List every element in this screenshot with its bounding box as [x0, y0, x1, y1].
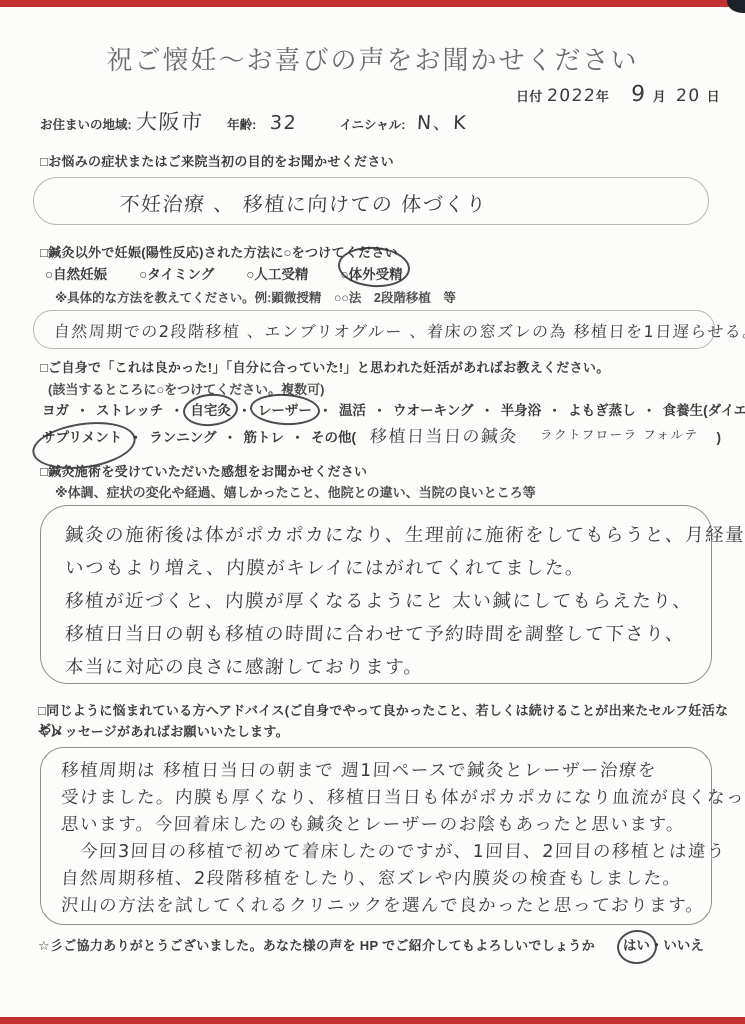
- concern-answer-box: 不妊治療 、 移植に向けての 体づくり: [33, 177, 709, 225]
- initial-label: イニシャル:: [340, 115, 406, 133]
- bottom-red-border: [0, 1017, 745, 1024]
- date-month-suffix: 月: [653, 86, 666, 105]
- profile-row: お住まいの地域: 大阪市 年齢: 32 イニシャル: N、K: [40, 106, 468, 136]
- advice-heading-line2: やメッセージがあればお願いいたします。: [38, 721, 289, 740]
- favorites-row2: サプリメント ・ ランニング ・ 筋トレ ・ その他( 移植日当日の鍼灸 ラクト…: [42, 422, 721, 447]
- item-separator: ・: [223, 427, 236, 446]
- concern-answer: 不妊治療 、 移植に向けての 体づくり: [33, 178, 709, 217]
- advice-answer-box: 移植周期は 移植日当日の朝まで 週1回ペースで鍼灸とレーザー治療を 受けました。…: [40, 747, 712, 925]
- item-separator: ・: [170, 400, 183, 419]
- favorites-subheading: (該当するところに○をつけてください。複数可): [48, 379, 325, 398]
- item-onkatsu: 温活: [339, 399, 366, 419]
- item-separator: ・: [548, 400, 561, 419]
- impression-line: いつもより増え、内膜がキレイにはがれてくれてました。: [64, 552, 712, 585]
- item-separator: ・: [481, 400, 494, 419]
- impression-line: 移植が近づくと、内膜が厚くなるようにと 太い鍼にしてもらえたり、: [64, 585, 712, 618]
- option-artificial-insemination: ○人工受精: [246, 263, 308, 283]
- date-year-value: 2022: [546, 86, 596, 106]
- option-timing: ○タイミング: [139, 263, 214, 283]
- item-separator: ・: [129, 427, 142, 446]
- impression-answer-box: 鍼灸の施術後は体がポカポカになり、生理前に施術をしてもらうと、月経量も いつもよ…: [40, 505, 712, 684]
- method-note: ※具体的な方法を教えてください。例:顕微授精 ○○法 2段階移植 等: [55, 288, 456, 306]
- favorites-row1: ヨガ ・ ストレッチ ・ 自宅灸 ・ レーザー ・ 温活 ・ ウオーキング ・ …: [42, 399, 745, 419]
- impression-heading: □鍼灸施術を受けていただいた感想をお聞かせください: [40, 461, 367, 480]
- advice-line: 受けました。内膜も厚くなり、移植日当日も体がポカポカになり血流が良くなったと: [60, 785, 711, 812]
- region-value: 大阪市: [135, 106, 204, 136]
- impression-subheading: ※体調、症状の変化や経過、嬉しかったこと、他院との違い、当院の良いところ等: [55, 482, 536, 501]
- page-title: 祝ご懐妊〜お喜びの声をお聞かせください: [0, 40, 745, 77]
- region-label: お住まいの地域:: [40, 115, 132, 133]
- age-label: 年齢:: [227, 115, 256, 133]
- impression-line: 本当に対応の良さに感謝しております。: [64, 651, 712, 684]
- other-close-paren: ): [716, 430, 721, 445]
- footer-no: いいえ: [663, 934, 704, 954]
- option-ivf-circled: ○体外受精: [340, 263, 402, 283]
- item-separator: ・: [76, 400, 89, 419]
- impression-line: 鍼灸の施術後は体がポカポカになり、生理前に施術をしてもらうと、月経量も: [64, 519, 712, 552]
- other-answer-sub: ラクトフローラ フォルテ: [540, 425, 699, 443]
- item-separator: ・: [373, 400, 386, 419]
- method-answer: 自然周期での2段階移植 、エンブリオグルー 、着床の窓ズレの為 移植日を1日遅ら…: [33, 311, 715, 342]
- item-separator: ・: [238, 400, 251, 419]
- item-muscle-training: 筋トレ: [243, 426, 284, 446]
- top-red-border: [0, 0, 745, 7]
- item-supplement-circled: サプリメント: [42, 426, 122, 446]
- method-heading: □鍼灸以外で妊娠(陽性反応)された方法に○をつけてください: [40, 242, 398, 261]
- footer-yes-circled: はい: [623, 934, 650, 954]
- item-diet: 食養生(ダイエット): [663, 399, 745, 419]
- item-laser-circled: レーザー: [258, 399, 312, 419]
- other-answer-main: 移植日当日の鍼灸: [369, 422, 518, 447]
- option-natural-pregnancy: ○自然妊娠: [45, 263, 107, 283]
- date-day-value: 20: [675, 86, 701, 106]
- method-answer-box: 自然周期での2段階移植 、エンブリオグルー 、着床の窓ズレの為 移植日を1日遅ら…: [33, 310, 715, 349]
- item-yomogi: よもぎ蒸し: [568, 399, 636, 419]
- age-value: 32: [270, 112, 298, 134]
- advice-line: 沢山の方法を試してくれるクリニックを選んで良かったと思っております。: [60, 893, 711, 920]
- item-separator: ・: [643, 400, 656, 419]
- item-separator: ・: [319, 400, 332, 419]
- item-home-moxa-circled: 自宅灸: [190, 399, 231, 419]
- item-stretch: ストレッチ: [96, 399, 163, 419]
- advice-line: 自然周期移植、2段階移植をしたり、窓ズレや内膜炎の検査もしました。: [60, 866, 711, 893]
- footer-separator: ・: [650, 934, 664, 954]
- scan-corner-artifact: [727, 0, 745, 13]
- initial-value: N、K: [417, 108, 469, 135]
- concern-heading: □お悩みの症状またはご来院当初の目的をお聞かせください: [40, 151, 394, 170]
- footer-row: ☆彡ご協力ありがとうございました。あなた様の声を HP でご紹介してもよろしいで…: [38, 934, 704, 954]
- item-half-bath: 半身浴: [501, 399, 542, 419]
- item-walking: ウオーキング: [393, 399, 474, 419]
- date-year-suffix: 年: [596, 86, 609, 105]
- item-separator: ・: [291, 427, 304, 446]
- advice-line: 思います。今回着床したのも鍼灸とレーザーのお陰もあったと思います。: [60, 812, 711, 839]
- method-options-row: ○自然妊娠 ○タイミング ○人工受精 ○体外受精: [45, 263, 403, 283]
- advice-line: 今回3回目の移植で初めて着床したのですが、1回目、2回目の移植とは違う: [60, 839, 711, 866]
- footer-text: ☆彡ご協力ありがとうございました。あなた様の声を HP でご紹介してもよろしいで…: [38, 935, 595, 954]
- date-day-suffix: 日: [707, 86, 720, 105]
- date-row: 日付 2022 年 9 月 20 日: [516, 82, 720, 107]
- impression-line: 移植日当日の朝も移植の時間に合わせて予約時間を調整して下さり、: [64, 618, 712, 651]
- item-yoga: ヨガ: [42, 399, 69, 419]
- advice-line: 移植周期は 移植日当日の朝まで 週1回ペースで鍼灸とレーザー治療を: [60, 758, 711, 785]
- date-label: 日付: [516, 86, 543, 105]
- favorites-heading: □ご自身で「これは良かった!」「自分に合っていた!」と思われた妊活があればお教え…: [40, 357, 610, 376]
- date-month-value: 9: [631, 82, 648, 107]
- item-running: ランニング: [149, 426, 216, 446]
- item-other-label: その他(: [311, 426, 356, 446]
